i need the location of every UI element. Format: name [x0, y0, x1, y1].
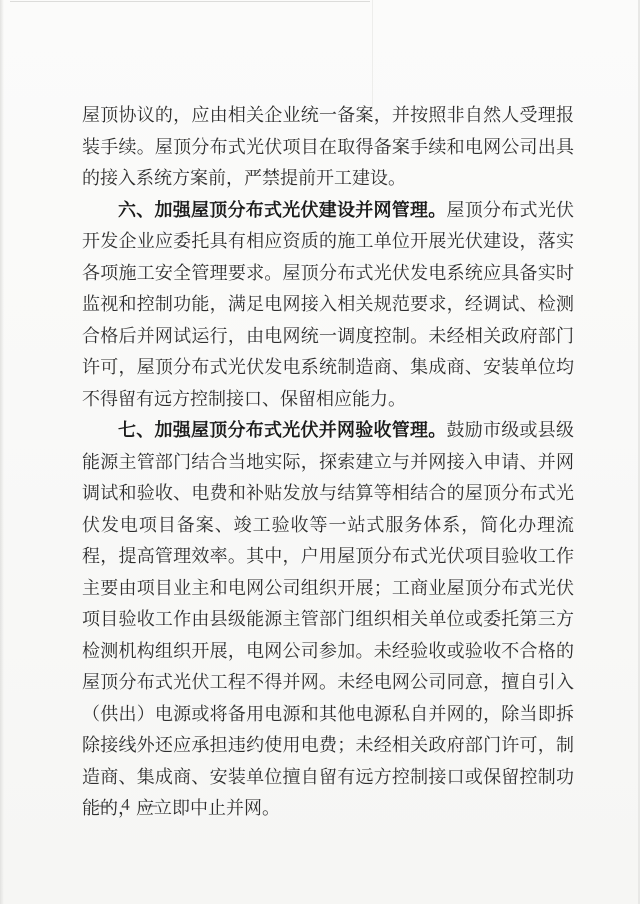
paragraph-continuation: 屋顶协议的，应由相关企业统一备案，并按照非自然人受理报装手续。屋顶分布式光伏项目… [82, 100, 574, 195]
scan-artifact-left-edge [0, 0, 4, 904]
section-7-heading: 七、加强屋顶分布式光伏并网验收管理。 [118, 420, 447, 440]
scan-artifact-top-edge [10, 1, 370, 2]
section-6-paragraph: 六、加强屋顶分布式光伏建设并网管理。屋顶分布式光伏开发企业应委托具有相应资质的施… [82, 195, 574, 416]
page-number: — 4 — [94, 792, 160, 818]
document-body: 屋顶协议的，应由相关企业统一备案，并按照非自然人受理报装手续。屋顶分布式光伏项目… [82, 100, 574, 825]
scan-artifact-fold-line [372, 0, 373, 110]
section-6-text: 屋顶分布式光伏开发企业应委托具有相应资质的施工单位开展光伏建设，落实各项施工安全… [82, 200, 574, 409]
section-7-text: 鼓励市级或县级能源主管部门结合当地实际，探索建立与并网接入申请、并网调试和验收、… [82, 420, 574, 818]
section-7-paragraph: 七、加强屋顶分布式光伏并网验收管理。鼓励市级或县级能源主管部门结合当地实际，探索… [82, 415, 574, 825]
section-6-heading: 六、加强屋顶分布式光伏建设并网管理。 [118, 200, 447, 220]
document-page: 屋顶协议的，应由相关企业统一备案，并按照非自然人受理报装手续。屋顶分布式光伏项目… [0, 0, 640, 904]
